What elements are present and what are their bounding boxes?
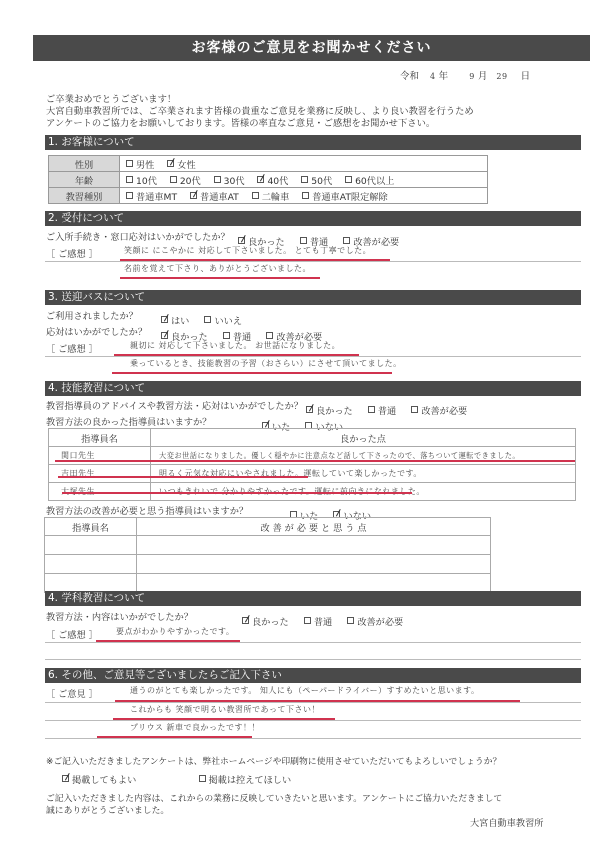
checkbox-normal[interactable] bbox=[368, 406, 375, 413]
checkbox-mt[interactable] bbox=[126, 192, 133, 199]
improve-instructors-table: 指導員名 改 善 が 必 要 と 思 う 点 bbox=[44, 517, 491, 593]
option-mt[interactable]: 普通車MT bbox=[126, 189, 177, 203]
option-male[interactable]: 男性 bbox=[126, 157, 154, 171]
checkbox-good-checked[interactable] bbox=[242, 617, 249, 624]
date-line: 令和 4 年 9 月 29 日 bbox=[400, 68, 530, 82]
table-row: 吉田先生 明るく元気な対応にいやされました。運転していて楽しかったです。 bbox=[49, 465, 576, 483]
checkbox-good-checked[interactable] bbox=[161, 332, 168, 339]
handwritten-comment[interactable]: 要点がわかりやすかったです。 bbox=[116, 626, 234, 637]
comment-rule bbox=[45, 356, 581, 357]
checkbox-30s[interactable] bbox=[214, 176, 221, 183]
table-row: 関口先生 大変お世話になりました。優しく穏やかに注意点など話して下さったので、落… bbox=[49, 447, 576, 465]
option-needs-improvement[interactable]: 改善が必要 bbox=[347, 614, 403, 628]
table-row bbox=[45, 555, 491, 574]
checkbox-female-checked[interactable] bbox=[167, 160, 174, 167]
good-point[interactable]: 明るく元気な対応にいやされました。運転していて楽しかったです。 bbox=[151, 465, 576, 483]
checkbox-male[interactable] bbox=[126, 160, 133, 167]
pen-underline bbox=[112, 372, 392, 374]
intro-greeting: ご卒業おめでとうございます！ bbox=[46, 94, 176, 106]
gender-row: 性別 男性 女性 bbox=[49, 156, 488, 172]
publish-consent-options: 掲載してもよい 掲載は控えてほしい bbox=[62, 767, 291, 786]
column-header-instructor: 指導員名 bbox=[45, 518, 137, 536]
pen-underline bbox=[120, 277, 320, 279]
instructor-name[interactable] bbox=[45, 555, 137, 574]
improvement-point[interactable] bbox=[137, 555, 491, 574]
instructor-name[interactable]: 吉田先生 bbox=[49, 465, 151, 483]
good-instructor-question: 教習方法の良かった指導員はいますか？ bbox=[46, 414, 211, 428]
checkbox-needs-improvement[interactable] bbox=[411, 406, 418, 413]
option-decline-publish[interactable]: 掲載は控えてほしい bbox=[199, 772, 292, 786]
handwritten-opinion[interactable]: これからも 笑顔で明るい教習所であって下さい！ bbox=[130, 704, 320, 715]
column-header-instructor: 指導員名 bbox=[49, 429, 151, 447]
bus-service-question: 応対はいかがでしたか？ bbox=[46, 324, 147, 338]
age-label: 年齢 bbox=[49, 172, 120, 188]
comment-rule bbox=[45, 261, 581, 262]
date-era: 令和 bbox=[400, 71, 419, 82]
option-20s[interactable]: 20代 bbox=[170, 173, 201, 187]
date-year[interactable]: 4 bbox=[430, 72, 436, 81]
instructor-name[interactable] bbox=[45, 536, 137, 555]
comment-label: ［ ご感想 ］ bbox=[46, 627, 98, 641]
instructor-name[interactable] bbox=[45, 574, 137, 593]
school-signature: 大宮自動車教習所 bbox=[470, 815, 544, 829]
checkbox-needs-improvement[interactable] bbox=[343, 237, 350, 244]
section-1-header: 1. お客様について bbox=[45, 135, 581, 150]
option-motorcycle[interactable]: 二輪車 bbox=[252, 189, 290, 203]
section-4-header: 4. 技能教習について bbox=[45, 381, 581, 396]
table-header-row: 指導員名 良かった点 bbox=[49, 429, 576, 447]
date-day-label: 日 bbox=[521, 71, 531, 82]
customer-info-table: 性別 男性 女性 年齢 10代 20代 30代 40代 50代 60代以上 教習… bbox=[48, 155, 488, 204]
checkbox-motorcycle[interactable] bbox=[252, 192, 259, 199]
pen-underline bbox=[58, 476, 308, 478]
column-header-good-points: 良かった点 bbox=[151, 429, 576, 447]
table-row bbox=[45, 574, 491, 593]
option-normal[interactable]: 普通 bbox=[368, 403, 396, 417]
instructor-advice-question: 教習指導員のアドバイスや教習方法・応対はいかがでしたか？ bbox=[46, 398, 303, 412]
option-allow-publish[interactable]: 掲載してもよい bbox=[62, 772, 136, 786]
checkbox-10s[interactable] bbox=[126, 176, 133, 183]
pen-underline bbox=[62, 492, 412, 494]
checkbox-at-checked[interactable] bbox=[190, 192, 197, 199]
checkbox-no[interactable] bbox=[204, 316, 211, 323]
handwritten-comment[interactable]: 親切に 対応して下さいました。 お世話になりました。 bbox=[130, 340, 340, 351]
improve-instructor-question: 教習方法の改善が必要と思う指導員はいますか？ bbox=[46, 503, 248, 517]
pen-underline bbox=[55, 460, 575, 462]
handwritten-opinion[interactable]: プリウス 新車で良かったです！！ bbox=[130, 722, 260, 733]
section-6-header: 6. その他、ご意見等ございましたらご記入下さい bbox=[45, 668, 581, 683]
date-month-label: 月 bbox=[478, 71, 488, 82]
checkbox-40s-checked[interactable] bbox=[257, 176, 264, 183]
column-header-improvement-points: 改 善 が 必 要 と 思 う 点 bbox=[137, 518, 491, 536]
option-50s[interactable]: 50代 bbox=[301, 173, 332, 187]
comment-rule bbox=[45, 642, 581, 643]
section-3-header: 3. 送迎バスについて bbox=[45, 290, 581, 305]
checkbox-decline-publish[interactable] bbox=[199, 775, 206, 782]
opinion-label: ［ ご意見 ］ bbox=[46, 686, 98, 700]
academic-question: 教習方法・内容はいかがでしたか？ bbox=[46, 609, 193, 623]
intro-text-1: 大宮自動車教習所では、ご卒業されます皆様の貴重なご意見を業務に反映し、より良い教… bbox=[46, 106, 474, 118]
handwritten-comment[interactable]: 笑顔に にこやかに 対応して下さいました。 とても丁寧でした。 bbox=[124, 245, 371, 256]
intro-text-2: アンケートのご協力をお願いしております。皆様の率直なご意見・ご感想をお聞かせ下さ… bbox=[46, 118, 435, 130]
closing-text-2: 誠にありがとうございました。 bbox=[46, 803, 169, 816]
checkbox-normal[interactable] bbox=[223, 332, 230, 339]
checkbox-good-checked[interactable] bbox=[306, 406, 313, 413]
option-10s[interactable]: 10代 bbox=[126, 173, 157, 187]
table-header-row: 指導員名 改 善 が 必 要 と 思 う 点 bbox=[45, 518, 491, 536]
checkbox-normal[interactable] bbox=[304, 617, 311, 624]
option-at-limit-removal[interactable]: 普通車AT限定解除 bbox=[302, 189, 388, 203]
comment-rule bbox=[45, 659, 581, 660]
checkbox-yes-checked[interactable] bbox=[161, 316, 168, 323]
handwritten-comment[interactable]: 名前を覚えて下さり、ありがとうございました。 bbox=[124, 263, 311, 274]
checkbox-50s[interactable] bbox=[301, 176, 308, 183]
table-row bbox=[45, 536, 491, 555]
instructor-name[interactable]: 関口先生 bbox=[49, 447, 151, 465]
option-female[interactable]: 女性 bbox=[167, 157, 195, 171]
checkbox-needs-improvement[interactable] bbox=[347, 617, 354, 624]
date-month[interactable]: 9 bbox=[469, 72, 475, 81]
comment-rule bbox=[45, 720, 581, 721]
bus-usage-question: ご利用されましたか？ bbox=[46, 308, 138, 322]
gender-label: 性別 bbox=[49, 156, 120, 172]
checkbox-needs-improvement[interactable] bbox=[266, 332, 273, 339]
date-year-label: 年 bbox=[439, 71, 449, 82]
comment-label: ［ ご感想 ］ bbox=[46, 341, 98, 355]
handwritten-opinion[interactable]: 通うのがとても楽しかったです。 知人にも（ペーパードライバー）すすめたいと思いま… bbox=[130, 685, 480, 696]
course-type-row: 教習種別 普通車MT 普通車AT 二輪車 普通車AT限定解除 bbox=[49, 188, 488, 204]
checkbox-good-checked[interactable] bbox=[238, 237, 245, 244]
option-60s-plus[interactable]: 60代以上 bbox=[345, 173, 394, 187]
option-40s[interactable]: 40代 bbox=[257, 173, 288, 187]
course-type-label: 教習種別 bbox=[49, 188, 120, 204]
checkbox-20s[interactable] bbox=[170, 176, 177, 183]
section-5-header: 4. 学科教習について bbox=[45, 591, 581, 606]
good-point[interactable]: 大変お世話になりました。優しく穏やかに注意点など話して下さったので、落ちついて運… bbox=[151, 447, 576, 465]
age-row: 年齢 10代 20代 30代 40代 50代 60代以上 bbox=[49, 172, 488, 188]
publish-consent-question: ※ご記入いただきましたアンケートは、弊社ホームページや印刷物に使用させていただい… bbox=[46, 754, 501, 767]
improvement-point[interactable] bbox=[137, 574, 491, 593]
option-normal[interactable]: 普通 bbox=[304, 614, 332, 628]
section-2-header: 2. 受付について bbox=[45, 211, 581, 226]
good-instructors-table: 指導員名 良かった点 関口先生 大変お世話になりました。優しく穏やかに注意点など… bbox=[48, 428, 576, 501]
option-at[interactable]: 普通車AT bbox=[190, 189, 239, 203]
reception-question: ご入所手続き・窓口応対はいかがでしたか？ bbox=[46, 229, 230, 243]
checkbox-normal[interactable] bbox=[300, 237, 307, 244]
date-day[interactable]: 29 bbox=[496, 72, 507, 81]
comment-rule bbox=[45, 702, 581, 703]
handwritten-comment[interactable]: 乗っているとき、技能教習の予習（おさらい）にさせて頂いてました。 bbox=[130, 358, 402, 369]
improvement-point[interactable] bbox=[137, 536, 491, 555]
comment-rule bbox=[45, 738, 581, 739]
comment-label: ［ ご感想 ］ bbox=[46, 246, 98, 260]
checkbox-60s-plus[interactable] bbox=[345, 176, 352, 183]
option-needs-improvement[interactable]: 改善が必要 bbox=[411, 403, 467, 417]
academic-options: 良かった 普通 改善が必要 bbox=[242, 609, 403, 628]
form-title: お客様のご意見をお聞かせください bbox=[33, 35, 590, 61]
checkbox-allow-publish-checked[interactable] bbox=[62, 775, 69, 782]
checkbox-at-limit-removal[interactable] bbox=[302, 192, 309, 199]
option-good[interactable]: 良かった bbox=[242, 614, 289, 628]
option-30s[interactable]: 30代 bbox=[214, 173, 245, 187]
